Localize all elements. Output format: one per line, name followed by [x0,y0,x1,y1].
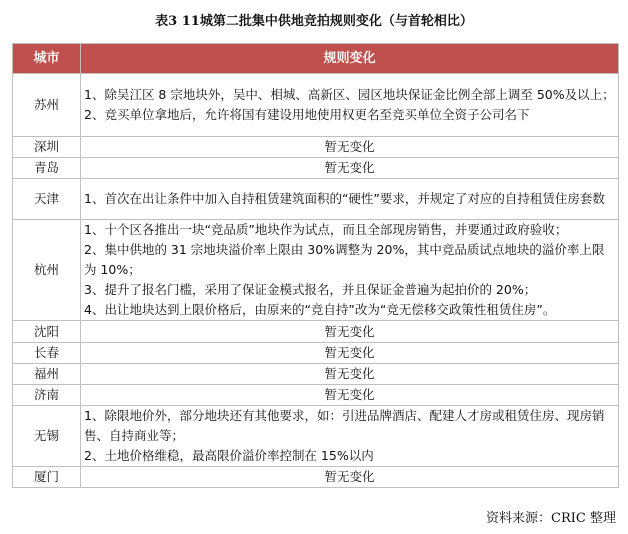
change-line: 1、十个区各推出一块“竞品质”地块作为试点，而且全部现房销售，并要通过政府验收； [84,220,615,240]
table-row: 福州暂无变化 [13,364,619,385]
change-line: 1、首次在出让条件中加入自持租赁建筑面积的“硬性”要求，并规定了对应的自持租赁住… [84,189,615,209]
change-line: 暂无变化 [84,158,615,178]
change-cell: 暂无变化 [81,158,619,179]
change-line: 暂无变化 [84,385,615,405]
header-city: 城市 [13,44,81,74]
table-row: 济南暂无变化 [13,385,619,406]
table-header-row: 城市 规则变化 [13,44,619,74]
header-changes: 规则变化 [81,44,619,74]
city-cell: 福州 [13,364,81,385]
change-cell: 1、十个区各推出一块“竞品质”地块作为试点，而且全部现房销售，并要通过政府验收；… [81,220,619,321]
change-cell: 1、除限地价外，部分地块还有其他要求，如：引进品牌酒店、配建人才房或租赁住房、现… [81,406,619,467]
rules-table: 城市 规则变化 苏州1、除吴江区 8 宗地块外，吴中、相城、高新区、园区地块保证… [12,43,619,488]
change-line: 暂无变化 [84,137,615,157]
source-note: 资料来源：CRIC 整理 [486,507,616,526]
city-cell: 深圳 [13,137,81,158]
table-row: 深圳暂无变化 [13,137,619,158]
city-cell: 青岛 [13,158,81,179]
city-cell: 济南 [13,385,81,406]
table-row: 长春暂无变化 [13,343,619,364]
change-line: 1、除吴江区 8 宗地块外，吴中、相城、高新区、园区地块保证金比例全部上调至 5… [84,85,615,105]
city-cell: 厦门 [13,467,81,488]
change-line: 暂无变化 [84,322,615,342]
table-row: 杭州1、十个区各推出一块“竞品质”地块作为试点，而且全部现房销售，并要通过政府验… [13,220,619,321]
city-cell: 苏州 [13,74,81,137]
city-cell: 无锡 [13,406,81,467]
city-cell: 杭州 [13,220,81,321]
change-line: 2、竞买单位拿地后，允许将国有建设用地使用权更名至竞买单位全资子公司名下 [84,105,615,125]
change-cell: 暂无变化 [81,385,619,406]
change-cell: 暂无变化 [81,343,619,364]
change-line: 2、土地价格维稳，最高限价溢价率控制在 15%以内 [84,446,615,466]
change-cell: 1、首次在出让条件中加入自持租赁建筑面积的“硬性”要求，并规定了对应的自持租赁住… [81,179,619,220]
change-cell: 暂无变化 [81,137,619,158]
change-line: 暂无变化 [84,467,615,487]
change-line: 暂无变化 [84,343,615,363]
table-row: 无锡1、除限地价外，部分地块还有其他要求，如：引进品牌酒店、配建人才房或租赁住房… [13,406,619,467]
table-row: 苏州1、除吴江区 8 宗地块外，吴中、相城、高新区、园区地块保证金比例全部上调至… [13,74,619,137]
city-cell: 天津 [13,179,81,220]
table-row: 天津1、首次在出让条件中加入自持租赁建筑面积的“硬性”要求，并规定了对应的自持租… [13,179,619,220]
change-line: 3、提升了报名门槛，采用了保证金模式报名，并且保证金普遍为起拍价的 20%； [84,280,615,300]
change-line: 2、集中供地的 31 宗地块溢价率上限由 30%调整为 20%，其中竞品质试点地… [84,240,615,280]
change-cell: 暂无变化 [81,364,619,385]
change-cell: 1、除吴江区 8 宗地块外，吴中、相城、高新区、园区地块保证金比例全部上调至 5… [81,74,619,137]
table-row: 厦门暂无变化 [13,467,619,488]
table-row: 沈阳暂无变化 [13,321,619,343]
table-row: 青岛暂无变化 [13,158,619,179]
city-cell: 长春 [13,343,81,364]
change-line: 暂无变化 [84,364,615,384]
table-title: 表3 11城第二批集中供地竞拍规则变化（与首轮相比） [0,10,628,29]
city-cell: 沈阳 [13,321,81,343]
change-line: 4、出让地块达到上限价格后，由原来的“竞自持”改为“竞无偿移交政策性租赁住房”。 [84,300,615,320]
change-cell: 暂无变化 [81,321,619,343]
change-line: 1、除限地价外，部分地块还有其他要求，如：引进品牌酒店、配建人才房或租赁住房、现… [84,406,615,446]
change-cell: 暂无变化 [81,467,619,488]
